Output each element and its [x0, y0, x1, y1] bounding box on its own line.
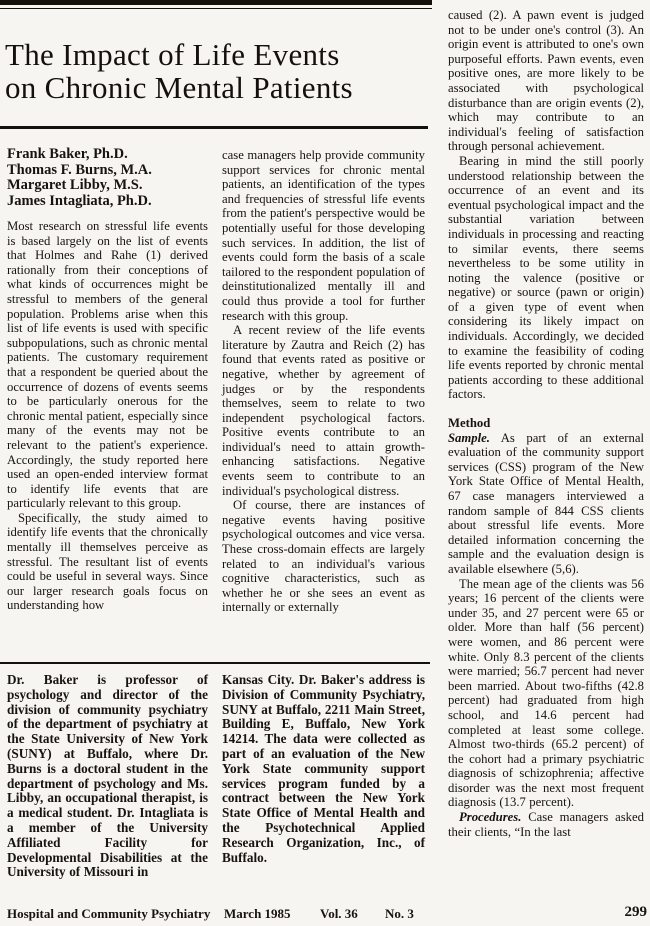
paragraph: A recent review of the life events liter…: [222, 323, 425, 498]
article-title-line1: The Impact of Life Events: [5, 38, 435, 71]
article-title: The Impact of Life Events on Chronic Men…: [5, 38, 435, 104]
paragraph: The mean age of the clients was 56 years…: [448, 577, 644, 811]
column-left: Most research on stressful life events i…: [7, 219, 208, 613]
sample-text: As part of an external evaluation of the…: [448, 431, 644, 576]
footnote-text: Kansas City. Dr. Baker's address is Divi…: [222, 673, 425, 865]
journal-page: The Impact of Life Events on Chronic Men…: [0, 0, 650, 926]
paragraph: Of course, there are instances of negati…: [222, 498, 425, 615]
volume-label: Vol. 36: [320, 906, 358, 922]
paragraph: Bearing in mind the still poorly underst…: [448, 154, 644, 402]
author-name: Margaret Libby, M.S.: [7, 178, 208, 194]
author-list: Frank Baker, Ph.D. Thomas F. Burns, M.A.…: [7, 147, 208, 210]
journal-name: Hospital and Community Psychiatry: [7, 906, 210, 922]
issue-number: No. 3: [385, 906, 414, 922]
column-right: caused (2). A pawn event is judged not t…: [448, 8, 644, 839]
author-name: James Intagliata, Ph.D.: [7, 194, 208, 210]
author-name: Frank Baker, Ph.D.: [7, 147, 208, 163]
top-rule-thin: [0, 8, 432, 9]
procedures-lead-label: Procedures.: [459, 810, 521, 824]
page-number: 299: [625, 904, 648, 921]
footnote-text: Dr. Baker is professor of psychology and…: [7, 673, 208, 880]
top-rule-thick: [0, 0, 432, 5]
paragraph: Specifically, the study aimed to identif…: [7, 511, 208, 613]
paragraph: case managers help provide community sup…: [222, 148, 425, 323]
issue-date: March 1985: [224, 906, 291, 922]
article-title-line2: on Chronic Mental Patients: [5, 71, 435, 104]
paragraph: caused (2). A pawn event is judged not t…: [448, 8, 644, 154]
page-footer: Hospital and Community Psychiatry March …: [0, 906, 650, 926]
sample-paragraph: Sample. As part of an external evaluatio…: [448, 431, 644, 577]
author-name: Thomas F. Burns, M.A.: [7, 163, 208, 179]
author-footnote-left: Dr. Baker is professor of psychology and…: [7, 673, 208, 880]
paragraph: Most research on stressful life events i…: [7, 219, 208, 511]
title-bottom-rule: [0, 126, 428, 129]
method-heading: Method: [448, 416, 644, 431]
author-footnote-middle: Kansas City. Dr. Baker's address is Divi…: [222, 673, 425, 865]
column-middle: case managers help provide community sup…: [222, 148, 425, 615]
procedures-paragraph: Procedures. Case managers asked their cl…: [448, 810, 644, 839]
footnote-rule: [0, 662, 430, 664]
sample-lead-label: Sample.: [448, 431, 490, 445]
